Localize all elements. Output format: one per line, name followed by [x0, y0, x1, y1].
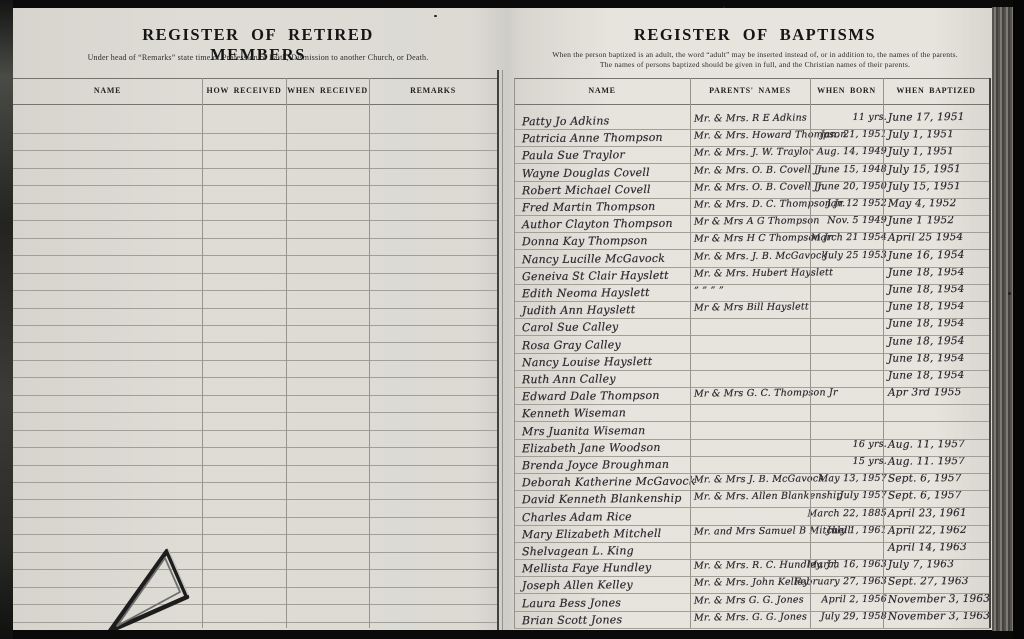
column-header-when-baptized: WHEN BAPTIZED — [883, 84, 989, 98]
column-header-how-received: HOW RECEIVED — [202, 84, 286, 98]
cell-name: Rosa Gray Calley — [522, 338, 621, 352]
ink-speck — [1008, 292, 1011, 295]
rule-line — [514, 104, 990, 105]
rule-line — [13, 78, 497, 79]
rule-line — [514, 267, 990, 268]
cell-born: July 25 1953 — [744, 249, 887, 261]
cell-name: Kenneth Wiseman — [522, 407, 626, 421]
cell-name: Edith Neoma Hayslett — [522, 286, 650, 300]
binding-edge-left — [0, 0, 13, 639]
right-page-title: REGISTER OF BAPTISMS — [605, 25, 905, 45]
cell-baptized: July 7, 1963 — [888, 558, 954, 571]
rule-line — [13, 273, 497, 274]
rule-line — [13, 238, 497, 239]
ink-speck — [723, 6, 725, 8]
rule-line — [810, 78, 811, 628]
register-book-scan: REGISTER OF RETIRED MEMBERS Under head o… — [0, 0, 1024, 639]
rule-line — [514, 146, 990, 147]
cell-name: Judith Ann Hayslett — [522, 303, 635, 317]
cell-name: Brenda Joyce Broughman — [522, 458, 669, 472]
rule-line — [514, 559, 990, 560]
cell-born: March 22, 1885 — [744, 507, 887, 519]
rule-line — [514, 421, 990, 422]
rule-line — [13, 395, 497, 396]
cell-born: 11 yrs. — [744, 112, 887, 124]
cell-baptized: Sept. 6, 1957 — [888, 472, 962, 485]
cell-name: Fred Martin Thompson — [522, 200, 656, 214]
cell-name: Robert Michael Covell — [522, 183, 651, 197]
cell-parents: Mr & Mrs G. C. Thompson Jr — [694, 387, 838, 399]
cell-baptized: June 1 1952 — [888, 214, 954, 227]
rule-line — [13, 255, 497, 256]
rule-line — [514, 78, 515, 628]
cell-born: July 29, 1958 — [744, 611, 887, 623]
rule-line — [369, 78, 370, 628]
cell-baptized: April 23, 1961 — [888, 507, 967, 520]
rule-line — [13, 447, 497, 448]
rule-line — [13, 133, 497, 134]
rule-line — [13, 412, 497, 413]
cell-born: Aug. 14, 1949 — [744, 146, 887, 158]
cell-baptized: June 18, 1954 — [888, 317, 965, 330]
left-page-instructions: Under head of “Remarks” state time of Pr… — [48, 53, 468, 62]
cell-name: Author Clayton Thompson — [522, 217, 673, 231]
cell-name: Mrs Juanita Wiseman — [522, 424, 646, 438]
cell-baptized: June 16, 1954 — [888, 249, 965, 262]
rule-line — [13, 517, 497, 518]
cell-name: Deborah Katherine McGavock — [522, 475, 696, 490]
cell-parents: Mr & Mrs Bill Hayslett — [694, 302, 809, 314]
cell-born: April 2, 1956 — [744, 593, 887, 605]
rule-line — [13, 220, 497, 221]
rule-line — [989, 78, 991, 628]
cell-born: Nov. 5 1949 — [744, 215, 887, 227]
rule-line — [13, 290, 497, 291]
rule-line — [13, 203, 497, 204]
rule-line — [13, 622, 497, 623]
rule-line — [514, 507, 990, 508]
rule-line — [514, 593, 990, 594]
column-header-when-born: WHEN BORN — [810, 84, 883, 98]
rule-line — [514, 611, 990, 612]
rule-line — [883, 78, 884, 628]
rule-line — [514, 473, 990, 474]
cell-baptized: July 1, 1951 — [888, 128, 954, 141]
rule-line — [514, 232, 990, 233]
cell-name: Mary Elizabeth Mitchell — [522, 527, 661, 541]
column-header-remarks: REMARKS — [369, 84, 497, 98]
cell-name: Paula Sue Traylor — [522, 149, 625, 163]
cell-born: February 27, 1963 — [744, 576, 887, 588]
cell-born: March 16, 1963 — [744, 559, 887, 571]
rule-line — [13, 604, 497, 605]
rule-line — [514, 129, 990, 130]
rule-line — [502, 70, 503, 630]
rule-line — [514, 370, 990, 371]
cell-name: Nancy Louise Hayslett — [522, 355, 653, 369]
rule-line — [514, 576, 990, 577]
page-stack-edge — [992, 7, 1014, 631]
cell-born: May 13, 1957 — [744, 473, 887, 485]
rule-line — [514, 353, 990, 354]
cell-name: Edward Dale Thompson — [522, 389, 660, 403]
cell-born: Jan 12 1952 — [744, 198, 887, 210]
cell-born: Jan. 21, 1951 — [744, 129, 887, 141]
cell-parents: ” ” ” ” — [694, 285, 724, 296]
cell-baptized: April 25 1954 — [888, 231, 964, 244]
rule-line — [13, 168, 497, 169]
scan-edge-right — [1013, 0, 1024, 639]
ink-speck — [434, 15, 437, 17]
cell-name: Ruth Ann Calley — [522, 372, 616, 386]
cell-name: Patricia Anne Thompson — [522, 131, 663, 145]
cell-name: David Kenneth Blankenship — [522, 492, 682, 507]
rule-line — [514, 249, 990, 250]
cell-born: March 21 1954 — [744, 232, 887, 244]
rule-line — [514, 490, 990, 491]
rule-line — [514, 318, 990, 319]
cell-baptized: June 17, 1951 — [888, 111, 965, 124]
cell-name: Geneiva St Clair Hayslett — [522, 269, 669, 283]
cell-born: 15 yrs. — [744, 456, 887, 468]
cell-baptized: July 15, 1951 — [888, 163, 961, 176]
column-header-parents-names: PARENTS' NAMES — [690, 84, 810, 98]
rule-line — [514, 301, 990, 302]
cell-baptized: Sept. 6, 1957 — [888, 489, 962, 502]
rule-line — [514, 439, 990, 440]
cell-name: Laura Bess Jones — [522, 596, 621, 610]
cell-name: Shelvagean L. King — [522, 544, 634, 558]
cell-born: July 1957 — [744, 490, 887, 502]
rule-line — [514, 404, 990, 405]
rule-line — [13, 185, 497, 186]
rule-line — [514, 525, 990, 526]
cell-name: Donna Kay Thompson — [522, 234, 648, 248]
column-header-name: NAME — [13, 84, 202, 98]
cell-baptized: July 1, 1951 — [888, 145, 954, 158]
rule-line — [514, 628, 990, 629]
cell-baptized: Sept. 27, 1963 — [888, 575, 969, 588]
rule-line — [13, 569, 497, 570]
cell-name: Brian Scott Jones — [522, 613, 622, 627]
rule-line — [514, 78, 990, 79]
rule-line — [514, 215, 990, 216]
cell-name: Mellista Faye Hundley — [522, 561, 651, 575]
scan-edge-bottom — [0, 630, 1024, 639]
cell-born: June 15, 1948 — [744, 163, 887, 175]
rule-line — [13, 430, 497, 431]
cell-name: Charles Adam Rice — [522, 510, 632, 524]
rule-line — [13, 587, 497, 588]
rule-line — [13, 377, 497, 378]
right-page-instructions-line1: When the person baptized is an adult, th… — [516, 50, 994, 59]
rule-line — [286, 78, 287, 628]
cell-baptized: June 18, 1954 — [888, 335, 965, 348]
rule-line — [514, 335, 990, 336]
rule-line — [13, 482, 497, 483]
rule-line — [13, 104, 497, 105]
cell-born: 16 yrs. — [744, 439, 887, 451]
cell-baptized: June 18, 1954 — [888, 300, 965, 313]
cell-parents: Mr. & Mrs. Hubert Hayslett — [694, 267, 833, 279]
cell-name: Patty Jo Adkins — [522, 114, 610, 128]
rule-line — [13, 499, 497, 500]
cell-baptized: November 3, 1963 — [888, 592, 990, 605]
rule-line — [514, 181, 990, 182]
rule-line — [690, 78, 691, 628]
scan-edge-top — [0, 0, 1024, 8]
cell-name: Joseph Allen Kelley — [522, 579, 633, 593]
column-header-when-received: WHEN RECEIVED — [286, 84, 369, 98]
cell-born: July 1, 1961 — [744, 525, 887, 537]
rule-line — [13, 360, 497, 361]
rule-line — [13, 465, 497, 466]
rule-line — [13, 150, 497, 151]
column-header-name: NAME — [514, 84, 690, 98]
rule-line — [514, 198, 990, 199]
rule-line — [514, 542, 990, 543]
paper-clip — [95, 535, 250, 639]
rule-line — [514, 163, 990, 164]
cell-name: Elizabeth Jane Woodson — [522, 441, 661, 455]
cell-baptized: Apr 3rd 1955 — [888, 386, 962, 399]
rule-line — [13, 342, 497, 343]
cell-born: June 20, 1950 — [744, 181, 887, 193]
rule-line — [514, 284, 990, 285]
cell-name: Carol Sue Calley — [522, 321, 619, 335]
cell-name: Nancy Lucille McGavock — [522, 251, 665, 265]
rule-line — [497, 70, 499, 630]
rule-line — [13, 552, 497, 553]
right-page-instructions-line2: The names of persons baptized should be … — [516, 60, 994, 69]
rule-line — [514, 387, 990, 388]
rule-line — [13, 325, 497, 326]
cell-name: Wayne Douglas Covell — [522, 166, 650, 180]
rule-line — [514, 456, 990, 457]
rule-line — [13, 534, 497, 535]
rule-line — [13, 308, 497, 309]
